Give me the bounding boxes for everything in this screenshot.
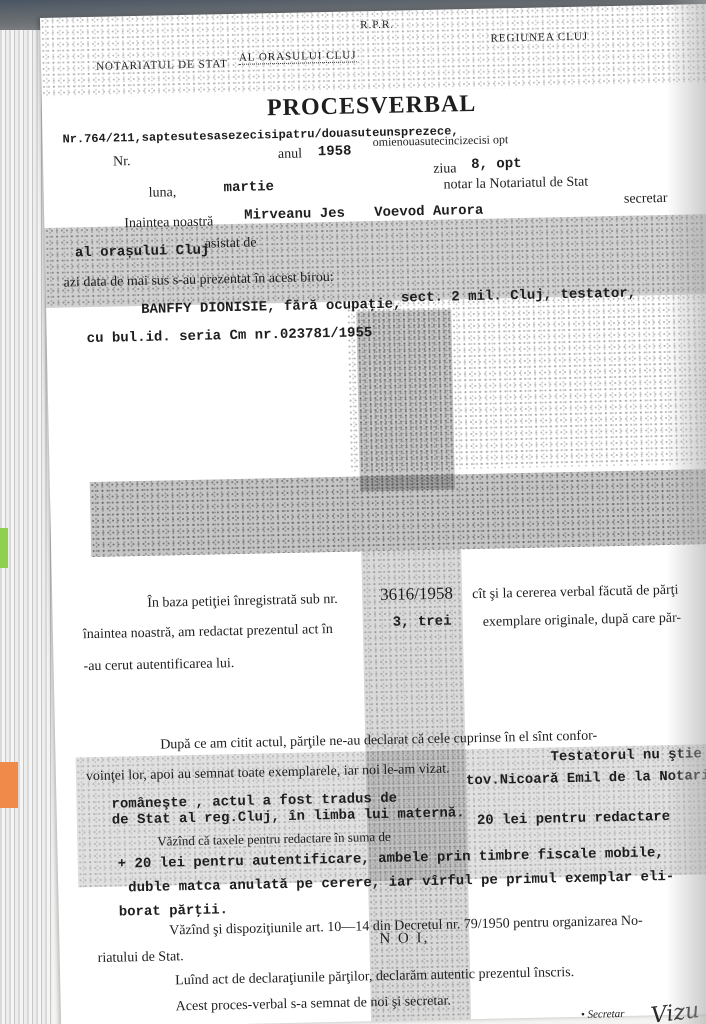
nr-label: Nr. [113,154,131,170]
signature-label: • Secretar [581,1008,625,1021]
ziua-value: 8, opt [471,156,522,173]
party-line: BANFFY DIONISIE, fără ocupaţie, [141,296,402,317]
p2-typed-1: Testatorul nu ştie [550,746,702,765]
p1-c: înaintea noastră, am redactat prezentul … [83,622,333,643]
p2-b: voinţei lor, apoi au semnat toate exempl… [86,762,450,786]
p1-count: 3, trei [393,614,452,631]
p6: Acest proces-verbal s-a semnat de noi şi… [176,994,452,1016]
bookmark-tab-orange [0,762,18,808]
p2-a: După ce am citit actul, părţile ne-au de… [160,728,597,753]
secretar-label: secretar [624,191,668,208]
secretar-name: Voevod Aurora [374,203,484,221]
p3-typed-1: + 20 lei pentru autentificare, ambele pr… [118,845,664,872]
header-region: REGIUNEA CLUJ [490,31,588,45]
noise-header [40,4,706,98]
p3-typed-3: borat părţii. [119,902,229,920]
notar-name: Mirveanu Jes [244,206,345,224]
prezentat-text: azi data de mai sus s-au prezentat în ac… [63,270,333,292]
luna-label: luna, [149,185,177,202]
header-office: NOTARIATUL DE STAT [96,58,228,73]
anul-label: anul [278,147,302,164]
p3-a: Văzînd că taxele pentru redactare în sum… [157,829,391,850]
p1-d: exemplare originale, după care păr- [483,611,682,631]
noise-block [346,294,706,472]
noi-heading: N O I, [379,930,429,948]
luna-value: martie [223,179,274,196]
p1-b: cît şi la cererea verbal făcută de părţi [472,583,679,603]
ziua-label: ziua [433,161,457,177]
document-title: PROCESVERBAL [267,91,477,122]
p3-sum: 20 lei pentru redactare [477,809,671,829]
signature-label-text: Secretar [587,1008,624,1021]
notar-text: notar la Notariatul de Stat [443,175,588,194]
party-address: sect. 2 mil. Cluj, testator, [401,286,637,307]
p1-a: În baza petiţiei înregistrată sub nr. [147,592,338,612]
p3-typed-2: duble matca anulată pe cerere, iar vîrfu… [128,869,674,896]
p1-nr: 3616/1958 [380,583,453,605]
anul-value: 1958 [318,144,352,161]
city-typed: al orașului Cluj [75,243,210,262]
inaintea-label: Inaintea noastră [124,214,213,232]
p2-typed-2: tov.Nicoară Emil de la Notariat [466,768,706,789]
year-words: omienouasutecincizecisi opt [373,132,509,150]
header-city: AL ORASULUI CLUJ [239,49,357,64]
p1-e: -au cerut autentificarea lui. [83,656,234,675]
p4-b: riatului de Stat. [98,949,184,967]
noise-band-2 [90,469,706,557]
id-line: cu bul.id. seria Cm nr.023781/1955 [87,325,373,347]
document-page: R.P.R. NOTARIATUL DE STAT AL ORASULUI CL… [40,4,706,1024]
p5: Luînd act de declaraţiunile părţilor, de… [175,965,574,989]
bookmark-tab-green [0,528,8,568]
asistat-label: asistat de [205,236,257,253]
header-country: R.P.R. [360,19,394,32]
signature-mark: Vizu [650,998,701,1024]
